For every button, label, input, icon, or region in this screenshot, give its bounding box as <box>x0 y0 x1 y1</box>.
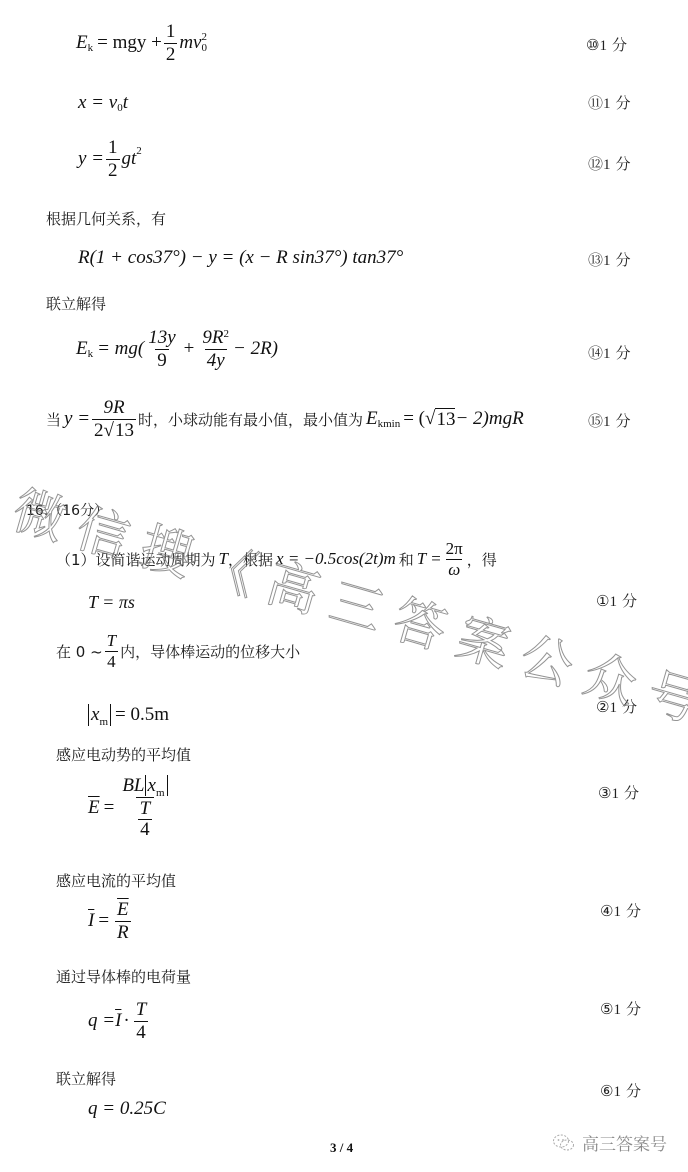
equation-11: x = v0t <box>78 92 128 114</box>
solve-label-16: 联立解得 <box>56 1068 116 1089</box>
score-14: ⑭1分 <box>588 342 631 363</box>
equation-15: 当 y = 9R2√13 时，小球动能有最小值，最小值为 Ekmin = (√1… <box>46 398 524 441</box>
emf-label: 感应电动势的平均值 <box>56 744 191 765</box>
equation-1: T = πs <box>88 592 135 613</box>
equation-12: y = 12 gt2 <box>78 138 142 181</box>
score-3: ③1分 <box>598 782 639 803</box>
brand-badge: 高三答案号 <box>552 1130 667 1155</box>
page-number: 3 / 4 <box>330 1140 353 1156</box>
score-1: ①1分 <box>596 590 637 611</box>
brand-label: 高三答案号 <box>582 1130 667 1155</box>
score-4: ④1分 <box>600 900 641 921</box>
score-12: ⑫1分 <box>588 153 631 174</box>
score-13: ⑬1分 <box>588 249 631 270</box>
equation-5: q = I · T4 <box>88 1000 150 1043</box>
equation-2: xm = 0.5m <box>88 704 169 726</box>
charge-label: 通过导体棒的电荷量 <box>56 966 191 987</box>
score-6: ⑥1分 <box>600 1080 641 1101</box>
question-16-header: 16.（16分） <box>26 500 108 520</box>
geometry-label: 根据几何关系，有 <box>46 208 166 229</box>
question-16-intro: （1）设简谐运动周期为 T ，根据 x = −0.5cos(2t)m 和 T =… <box>56 540 497 579</box>
score-10: ⑩1分 <box>586 34 627 55</box>
solve-label-a: 联立解得 <box>46 293 106 314</box>
score-15: ⑮1分 <box>588 410 631 431</box>
displacement-label: 在 0 ~ T4 内，导体棒运动的位移大小 <box>56 632 300 671</box>
score-5: ⑤1分 <box>600 998 641 1019</box>
current-label: 感应电流的平均值 <box>56 870 176 891</box>
equation-6: q = 0.25C <box>88 1098 166 1120</box>
score-11: ⑪1分 <box>588 92 631 113</box>
wechat-icon <box>552 1133 576 1153</box>
score-2: ②1分 <box>596 696 637 717</box>
equation-14: Ek = mg( 13y9 + 9R24y − 2R) <box>76 328 278 371</box>
equation-13: R(1 + cos37°) − y = (x − R sin37°) tan37… <box>78 247 403 269</box>
equation-10: Ek = mgy + 12 mv20 <box>76 22 207 65</box>
equation-4: I = ER <box>88 900 133 943</box>
equation-3: E = BLxm T 4 <box>88 776 172 840</box>
